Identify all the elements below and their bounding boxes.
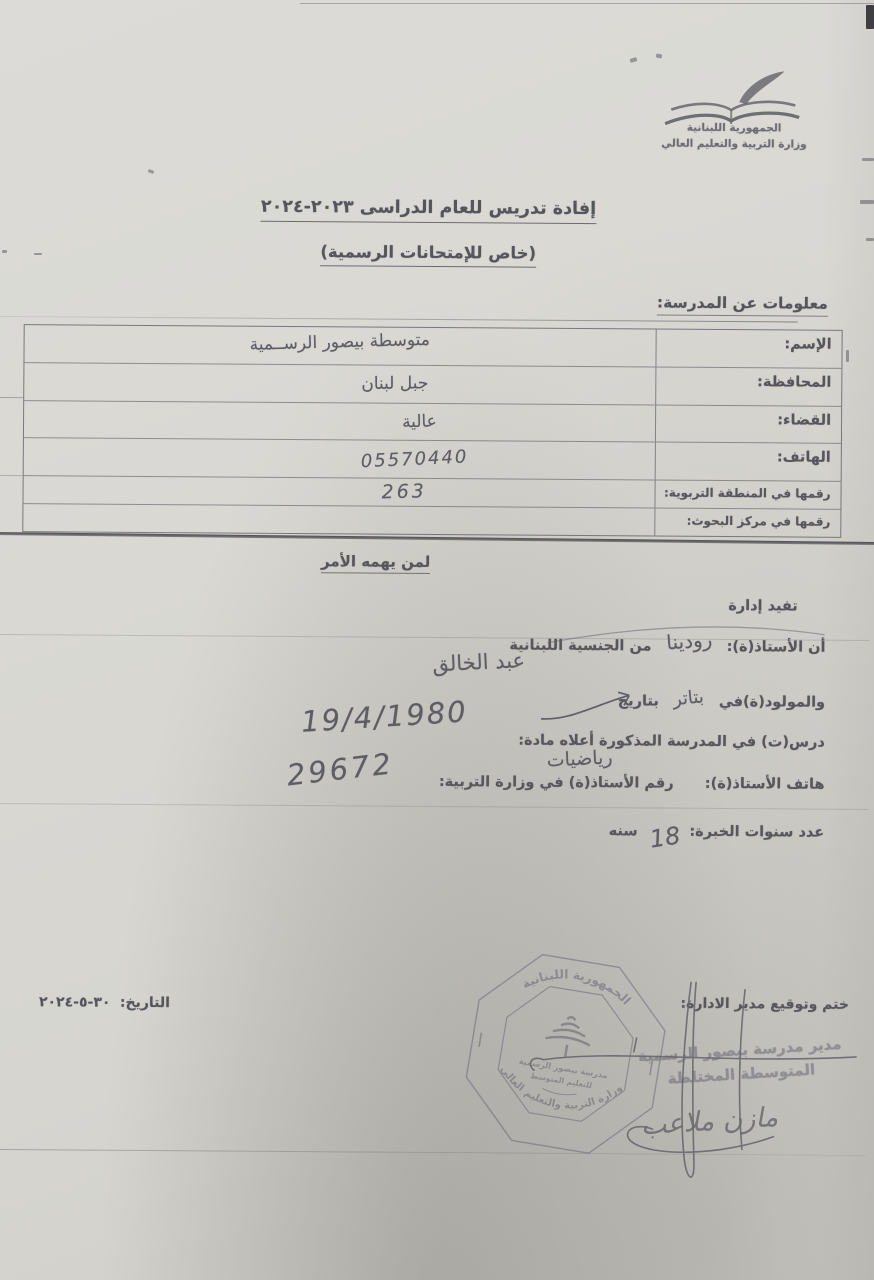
subject-handwritten: رياضيات: [546, 747, 613, 772]
row-value: 263: [23, 476, 654, 507]
to-whom-heading: لمن يهمه الأمر: [321, 552, 430, 574]
teacher-surname-handwritten: عبد الخالق: [432, 648, 526, 676]
date-line: التاريخ: ٣٠-٥-٢٠٢٤: [39, 994, 170, 1011]
row-label: القضاء:: [655, 406, 841, 443]
school-info-heading: معلومات عن المدرسة:: [657, 294, 828, 317]
document-content: الجمهورية اللبنانية وزارة التربية والتعل…: [0, 0, 874, 1280]
school-info-table: الإسم: متوسطة بيصور الرســمية المحافظة: …: [22, 324, 842, 538]
phone-number-line: هاتف الأستاذ(ة): رقم الأستاذ(ة) في وزارة…: [439, 774, 825, 793]
row-label: الإسم:: [655, 330, 841, 368]
experience-unit: سنه: [609, 823, 638, 839]
birthplace-handwritten: بتاتر: [672, 686, 705, 710]
intro-line: تفيد إدارة: [728, 598, 798, 614]
row-label: المحافظة:: [655, 368, 841, 406]
experience-years-handwritten: 18: [648, 821, 682, 853]
row-value: 05570440: [24, 438, 655, 479]
row-value: عالية: [24, 401, 655, 441]
director-signature: مازن ملاعب: [422, 952, 868, 1217]
document-subtitle: (خاص للإمتحانات الرسمية): [148, 241, 708, 269]
document-title: إفادة تدريس للعام الدراسى ٢٠٢٣-٢٠٢٤: [148, 196, 708, 225]
handwritten-arrow-icon: [537, 685, 643, 728]
title-sub: (خاص للإمتحانات الرسمية): [320, 242, 536, 268]
table-row: المحافظة: جبل لبنان: [24, 363, 841, 407]
ministry-name-line1: الجمهورية اللبنانية: [629, 121, 839, 134]
born-line: والمولود(ة)في بتاتر بتاريخ: [618, 689, 826, 711]
table-row: الهاتف: 05570440: [24, 438, 841, 482]
row-label: رقمها في مركز البحوث:: [654, 509, 840, 537]
row-value: جبل لبنان: [24, 363, 655, 404]
table-row: رقمها في مركز البحوث:: [23, 504, 840, 537]
ministry-number-handwritten: 29672: [285, 746, 395, 792]
experience-label: عدد سنوات الخبرة:: [689, 824, 824, 841]
table-row: الإسم: متوسطة بيصور الرســمية: [24, 325, 841, 369]
experience-line: عدد سنوات الخبرة: 18 سنه: [609, 813, 825, 843]
handwritten-arc-stroke: [543, 619, 829, 649]
born-prefix: والمولود(ة)في: [719, 694, 825, 711]
row-value: متوسطة بيصور الرســمية: [24, 325, 655, 366]
date-label: التاريخ:: [120, 995, 170, 1011]
ministry-name-line2: وزارة التربية والتعليم العالي: [629, 137, 839, 150]
title-main: إفادة تدريس للعام الدراسى ٢٠٢٣-٢٠٢٤: [261, 197, 596, 224]
phone-label: هاتف الأستاذ(ة):: [705, 776, 825, 793]
birth-date-handwritten: 19/4/1980: [300, 694, 469, 738]
table-row: القضاء: عالية: [24, 401, 841, 444]
row-label: رقمها في المنطقة التربوية:: [654, 481, 840, 509]
row-label: الهاتف:: [655, 443, 841, 481]
scanned-document-page: الجمهورية اللبنانية وزارة التربية والتعل…: [0, 0, 874, 1280]
date-value: ٣٠-٥-٢٠٢٤: [39, 994, 111, 1010]
ministry-number-label: رقم الأستاذ(ة) في وزارة التربية:: [439, 774, 674, 792]
row-value: [23, 504, 654, 535]
signature-name-handwritten: مازن ملاعب: [640, 1102, 779, 1142]
